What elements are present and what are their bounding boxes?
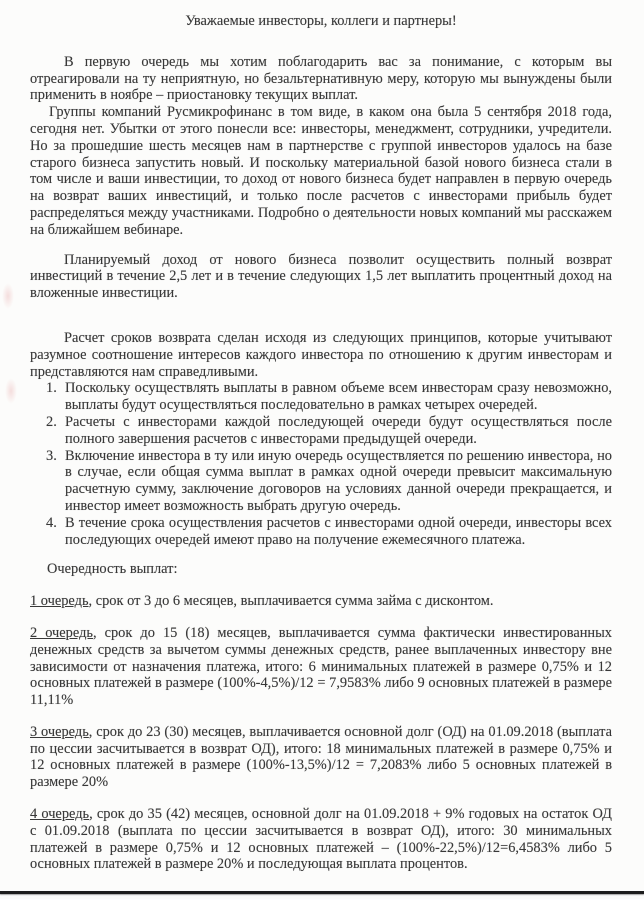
principle-number: 2. <box>46 414 57 431</box>
queue-2-text: , срок до 15 (18) месяцев, выплачивается… <box>30 625 612 708</box>
queue-3-paragraph: 3 очередь, срок до 23 (30) месяцев, выпл… <box>30 724 612 791</box>
queue-2-label: 2 очередь <box>30 625 93 641</box>
principle-item-2: 2. Расчеты с инвесторами каждой последую… <box>48 414 612 448</box>
principle-item-4: 4. В течение срока осуществления расчето… <box>48 515 612 549</box>
queue-4-label: 4 очередь <box>30 806 89 822</box>
scan-artifact-smudge <box>2 283 14 309</box>
document-page: Уважаемые инвесторы, коллеги и партнеры!… <box>0 0 644 899</box>
queue-2-paragraph: 2 очередь, срок до 15 (18) месяцев, выпл… <box>30 625 612 709</box>
queue-4-paragraph: 4 очередь, срок до 35 (42) месяцев, осно… <box>30 806 612 873</box>
principle-text: Расчеты с инвесторами каждой последующей… <box>65 414 612 447</box>
principle-number: 4. <box>46 515 57 532</box>
principle-text: Поскольку осуществлять выплаты в равном … <box>65 380 612 413</box>
queue-1-paragraph: 1 очередь, срок от 3 до 6 месяцев, выпла… <box>30 593 612 610</box>
queue-3-text: , срок до 23 (30) месяцев, выплачивается… <box>30 724 612 790</box>
paragraph-calculation-principles: Расчет сроков возврата сделан исходя из … <box>30 330 612 380</box>
principle-number: 1. <box>46 380 57 397</box>
queue-1-label: 1 очередь <box>30 593 89 609</box>
principle-item-1: 1. Поскольку осуществлять выплаты в равн… <box>48 380 612 414</box>
queue-1-text: , срок от 3 до 6 месяцев, выплачивается … <box>89 593 494 609</box>
queue-3-label: 3 очередь <box>30 724 89 740</box>
paragraph-planned-income: Планируемый доход от нового бизнеса позв… <box>30 252 612 302</box>
letter-title: Уважаемые инвесторы, коллеги и партнеры! <box>30 13 612 30</box>
scan-artifact-line <box>0 891 644 894</box>
queue-4-text: , срок до 35 (42) месяцев, основной долг… <box>30 806 612 872</box>
paragraph-company-status: Группы компаний Русмикрофинанс в том вид… <box>30 104 612 238</box>
principle-text: Включение инвестора в ту или иную очеред… <box>65 448 612 514</box>
letter-content: Уважаемые инвесторы, коллеги и партнеры!… <box>30 13 612 873</box>
principle-text: В течение срока осуществления расчетов с… <box>65 515 612 548</box>
scan-artifact-smudge <box>5 378 17 404</box>
principle-number: 3. <box>46 448 57 465</box>
payout-order-heading: Очередность выплат: <box>30 561 612 578</box>
paragraph-intro-thanks: В первую очередь мы хотим поблагодарить … <box>30 54 612 104</box>
principles-list: 1. Поскольку осуществлять выплаты в равн… <box>48 380 612 548</box>
principle-item-3: 3. Включение инвестора в ту или иную оче… <box>48 448 612 515</box>
